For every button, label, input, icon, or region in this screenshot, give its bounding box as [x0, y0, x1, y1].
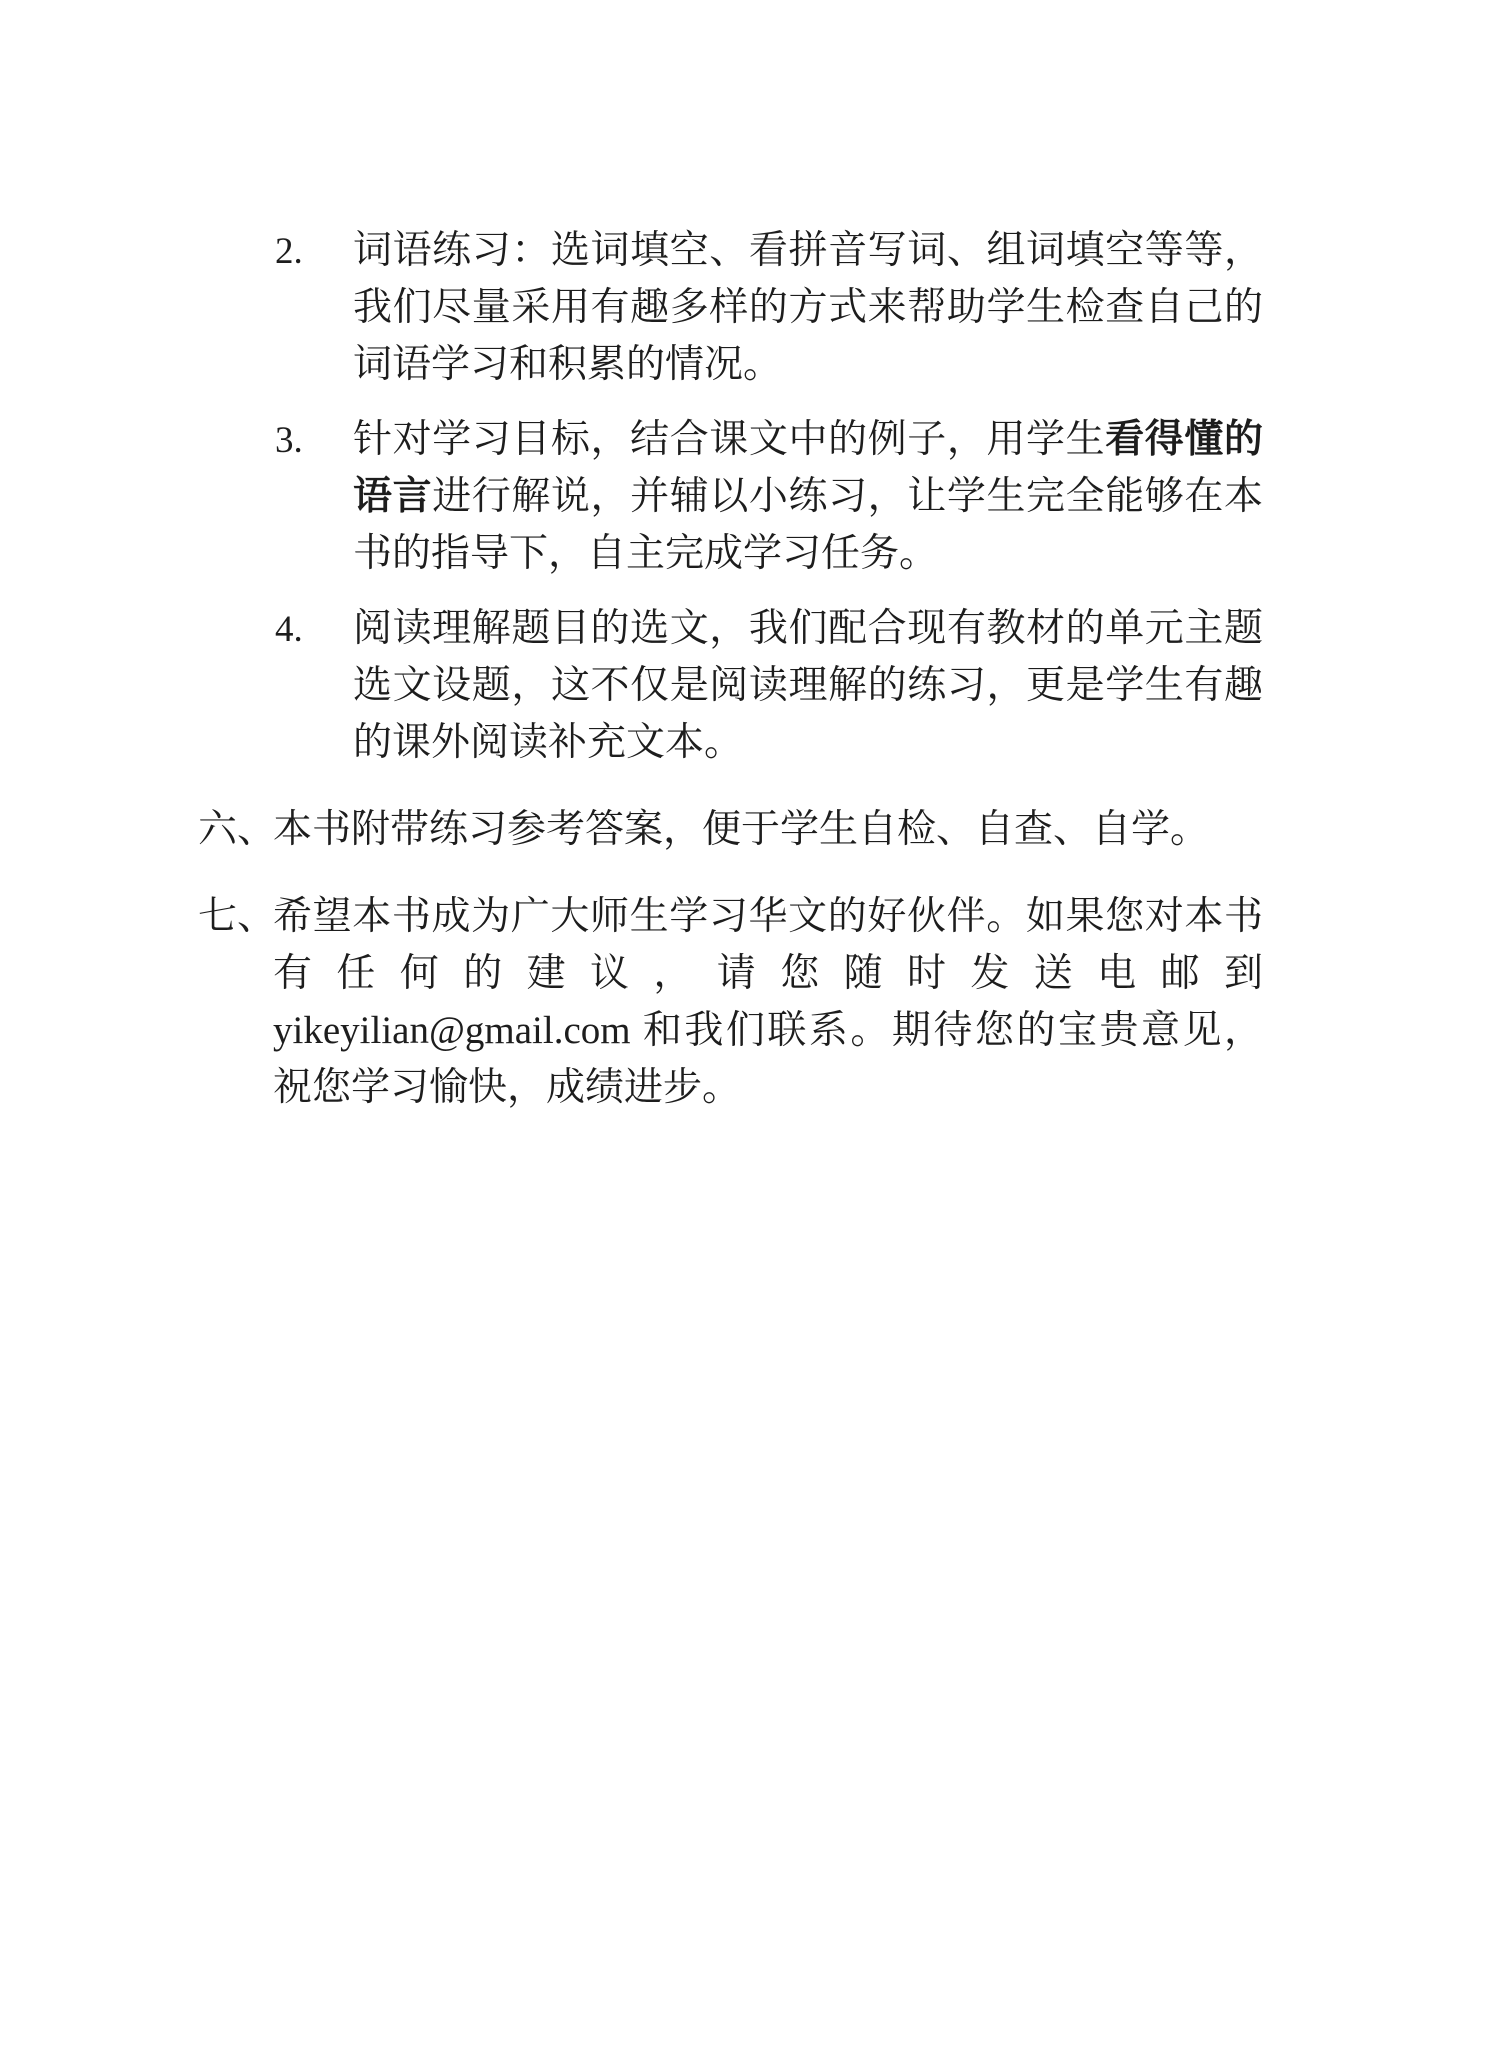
- section-seven-marker: 七、: [198, 888, 276, 945]
- section-six-paragraph: 本书附带练习参考答案，便于学生自检、自查、自学。: [273, 808, 1209, 851]
- section-six-text: 本书附带练习参考答案，便于学生自检、自查、自学。: [273, 801, 1263, 858]
- list-item-3: 3. 针对学习目标，结合课文中的例子，用学生看得懂的语言进行解说，并辅以小练习，…: [0, 411, 1496, 582]
- text-block: 2. 词语练习：选词填空、看拼音写词、组词填空等等，我们尽量采用有趣多样的方式来…: [0, 222, 1496, 1116]
- section-six-marker: 六、: [198, 801, 276, 858]
- list-item-4-number: 4.: [275, 601, 303, 658]
- list-item-4-text: 阅读理解题目的选文，我们配合现有教材的单元主题选文设题，这不仅是阅读理解的练习，…: [353, 600, 1263, 771]
- section-six: 六、 本书附带练习参考答案，便于学生自检、自查、自学。: [0, 801, 1496, 858]
- section-seven-text-before: 希望本书成为广大师生学习华文的好伙伴。如果您对本书有任何的建议，请您随时发送电邮…: [273, 895, 1263, 995]
- list-item-3-text-after: 进行解说，并辅以小练习，让学生完全能够在本书的指导下，自主完成学习任务。: [353, 475, 1263, 575]
- list-item-2-paragraph: 词语练习：选词填空、看拼音写词、组词填空等等，我们尽量采用有趣多样的方式来帮助学…: [353, 229, 1263, 386]
- list-item-3-text-before: 针对学习目标，结合课文中的例子，用学生: [353, 418, 1105, 461]
- list-item-4: 4. 阅读理解题目的选文，我们配合现有教材的单元主题选文设题，这不仅是阅读理解的…: [0, 600, 1496, 771]
- email-text: yikeyilian@gmail.com: [273, 1009, 631, 1052]
- list-item-4-paragraph: 阅读理解题目的选文，我们配合现有教材的单元主题选文设题，这不仅是阅读理解的练习，…: [353, 607, 1263, 764]
- list-item-2: 2. 词语练习：选词填空、看拼音写词、组词填空等等，我们尽量采用有趣多样的方式来…: [0, 222, 1496, 393]
- list-item-3-number: 3.: [275, 412, 303, 469]
- section-seven: 七、 希望本书成为广大师生学习华文的好伙伴。如果您对本书有任何的建议，请您随时发…: [0, 888, 1496, 1116]
- document-page: 2. 词语练习：选词填空、看拼音写词、组词填空等等，我们尽量采用有趣多样的方式来…: [0, 0, 1496, 2048]
- list-item-2-text: 词语练习：选词填空、看拼音写词、组词填空等等，我们尽量采用有趣多样的方式来帮助学…: [353, 222, 1263, 393]
- section-seven-text: 希望本书成为广大师生学习华文的好伙伴。如果您对本书有任何的建议，请您随时发送电邮…: [273, 888, 1263, 1116]
- list-item-3-text: 针对学习目标，结合课文中的例子，用学生看得懂的语言进行解说，并辅以小练习，让学生…: [353, 411, 1263, 582]
- list-item-2-number: 2.: [275, 223, 303, 280]
